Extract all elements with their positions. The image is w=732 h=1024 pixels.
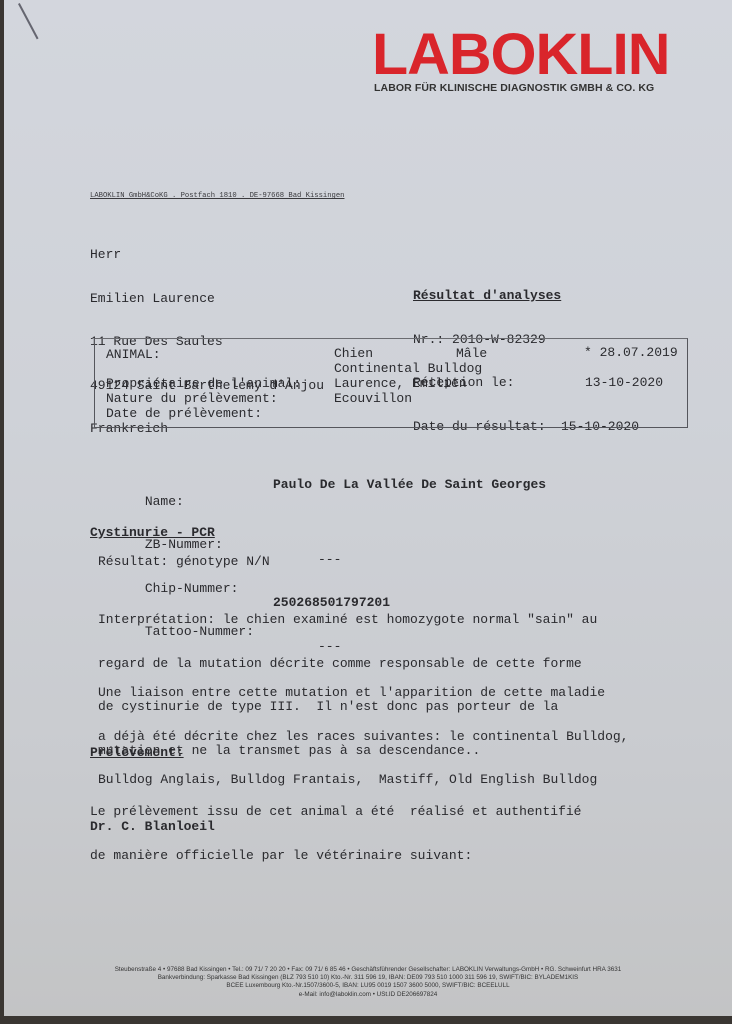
animal-info-box: ANIMAL: Chien Mâle * 28.07.2019 Continen… xyxy=(94,338,688,428)
pen-mark xyxy=(18,3,39,39)
sample-type-label: Nature du prélèvement: xyxy=(106,392,278,407)
sampling-text-line: Le prélèvement issu de cet animal a été … xyxy=(90,805,581,820)
footer-line: Steubenstraße 4 • 97688 Bad Kissingen • … xyxy=(4,966,732,974)
sampling-text-line: de manière officielle par le vétérinaire… xyxy=(90,849,581,864)
animal-label: ANIMAL: xyxy=(106,348,161,363)
footer-line: e-Mail: info@laboklin.com • USt.ID DE206… xyxy=(4,991,732,999)
animal-birth-date: * 28.07.2019 xyxy=(584,346,678,361)
id-name-value: Paulo De La Vallée De Saint Georges xyxy=(273,478,546,493)
sampling-title: Prélèvement: xyxy=(90,746,184,761)
sender-return-address: LABOKLIN GmbH&CoKG . Postfach 1810 . DE-… xyxy=(90,192,344,200)
sample-type-value: Ecouvillon xyxy=(334,392,412,407)
company-logo: LABOKLIN xyxy=(372,26,669,84)
animal-sex: Mâle xyxy=(456,347,487,362)
id-zb-value: --- xyxy=(318,553,341,568)
animal-breed: Continental Bulldog xyxy=(334,362,482,377)
footer-line: Bankverbindung: Sparkasse Bad Kissingen … xyxy=(4,974,732,982)
breeds-note-line: Une liaison entre cette mutation et l'ap… xyxy=(98,686,629,701)
company-footer: Steubenstraße 4 • 97688 Bad Kissingen • … xyxy=(4,966,732,999)
sample-date-label: Date de prélèvement: xyxy=(106,407,262,422)
lab-report-page: LABOKLIN LABOR FÜR KLINISCHE DIAGNOSTIK … xyxy=(4,0,732,1016)
veterinarian-name: Dr. C. Blanloeil xyxy=(90,820,215,835)
recipient-salutation: Herr xyxy=(90,248,324,263)
test-title: Cystinurie - PCR xyxy=(90,526,215,541)
company-subtitle: LABOR FÜR KLINISCHE DIAGNOSTIK GMBH & CO… xyxy=(374,82,654,94)
owner-value: Laurence, Emilien xyxy=(334,377,467,392)
breeds-note-line: a déjà été décrite chez les races suivan… xyxy=(98,730,629,745)
interpretation-line: Interprétation: le chien examiné est hom… xyxy=(98,613,597,628)
result-title: Résultat d'analyses xyxy=(413,289,663,304)
owner-label: Propriétaire de l'animal: xyxy=(106,377,301,392)
footer-line: BCEE Luxembourg Kto.-Nr.1507/3600-5, IBA… xyxy=(4,982,732,990)
recipient-name: Emilien Laurence xyxy=(90,292,324,307)
id-name-row: Name: Paulo De La Vallée De Saint George… xyxy=(98,480,254,495)
animal-species: Chien xyxy=(334,347,373,362)
id-name-label: Name: xyxy=(145,494,184,509)
test-result: Résultat: génotype N/N xyxy=(98,555,270,570)
